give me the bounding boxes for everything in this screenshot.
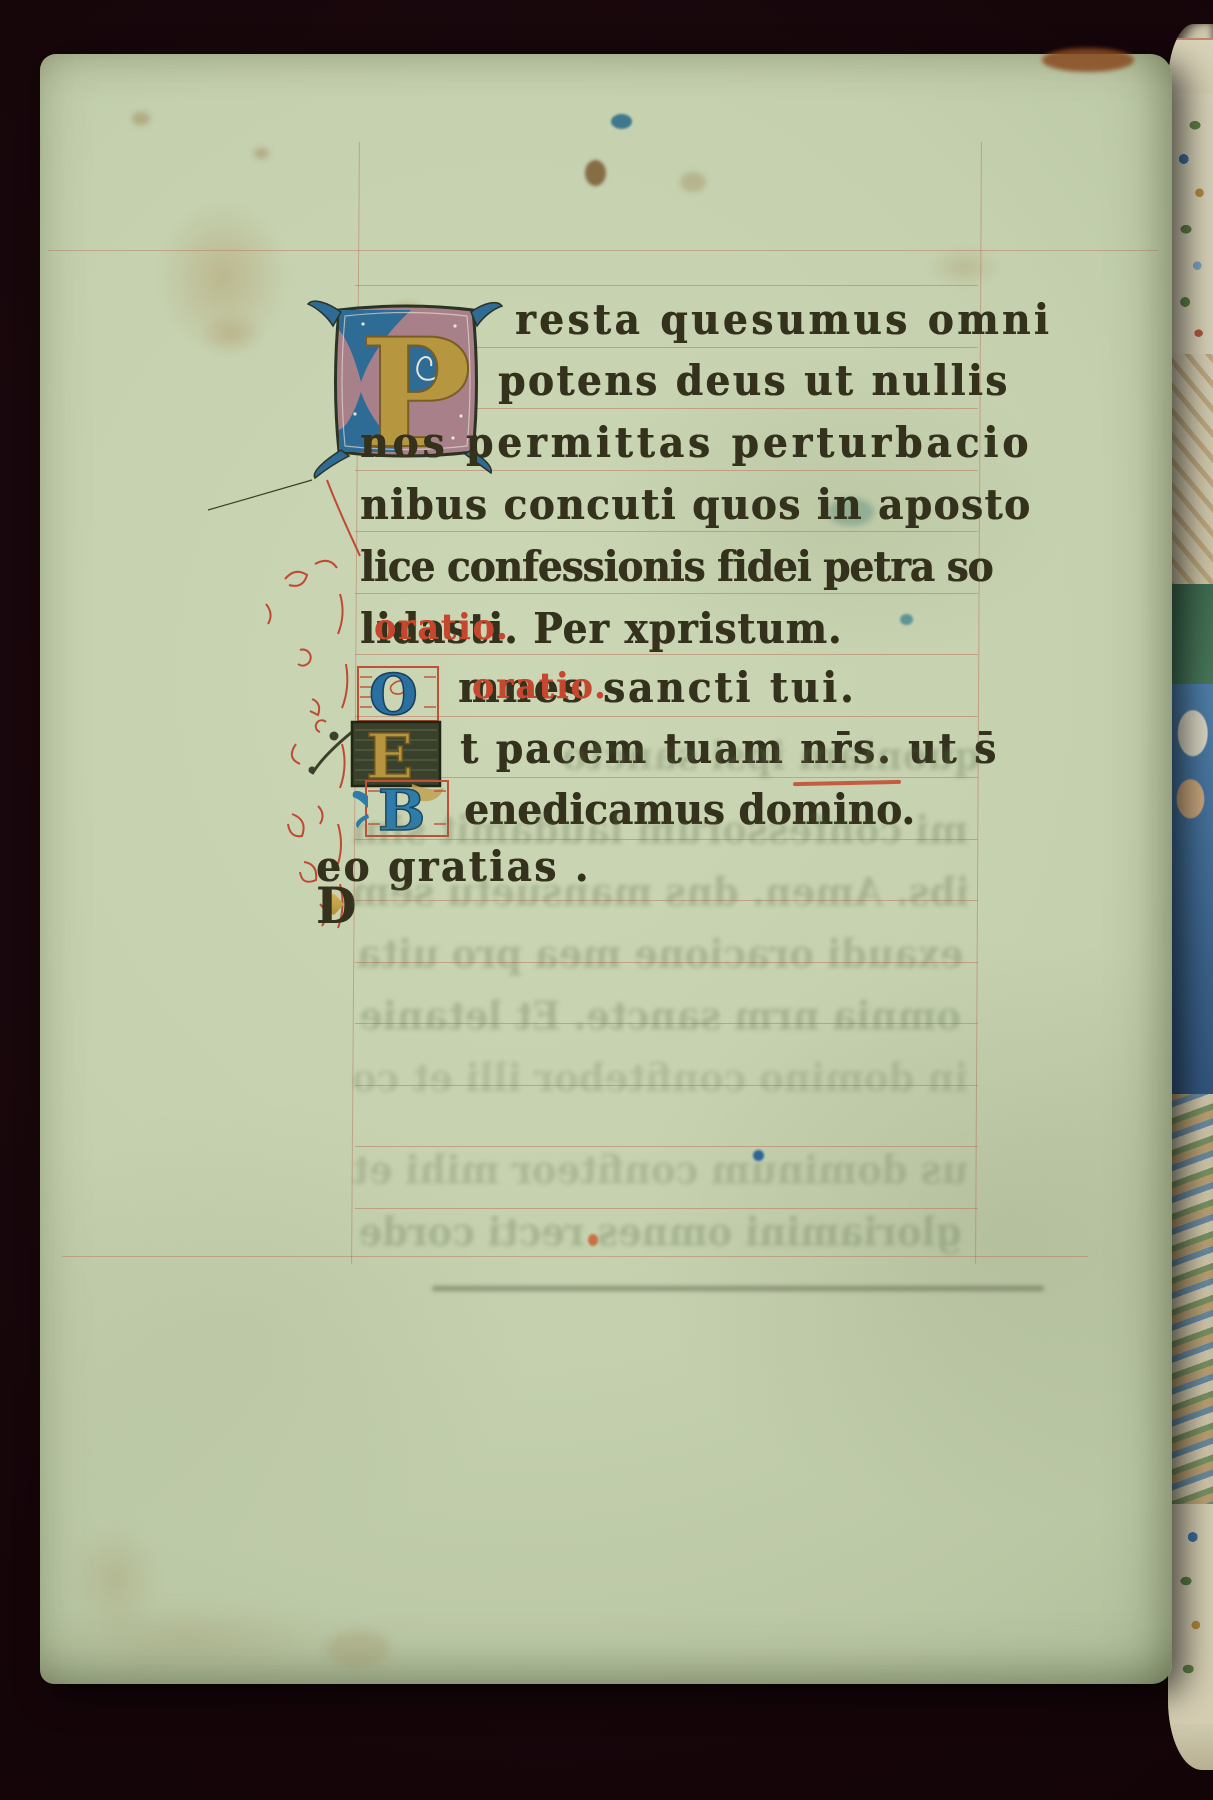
ruling-line [355, 531, 978, 532]
illumination-arch-fragment [1168, 354, 1213, 584]
ink-smudge-streak [432, 1286, 1044, 1291]
illumination-miniature-figure-fragment [1168, 684, 1213, 1094]
manuscript-page: P resta quesumus omni potens deus ut nul… [40, 54, 1172, 1684]
initial-corner-horn [471, 303, 502, 326]
show-through-line: gloriamini omnes recti corde [340, 1213, 980, 1252]
facing-page-margin [1168, 38, 1213, 96]
decorated-initial-O: O [355, 664, 441, 724]
pigment-spot [900, 614, 913, 625]
show-through-line: mi confessorum laudamit sim [340, 811, 980, 850]
initial-corner-horn [314, 450, 349, 478]
foxing-spot [132, 112, 150, 125]
rubric-oratio: oratio. [472, 668, 607, 703]
ruling-line [355, 716, 978, 717]
ruling-line [355, 654, 978, 655]
hairline-stroke [208, 480, 312, 510]
show-through-line: in domino confitebor illi et co [340, 1059, 980, 1098]
show-through-line: omnia nrm sancte. Et letanie [340, 997, 980, 1036]
rust-stain [1042, 48, 1134, 72]
show-through-line: exaudi oracione mea pro uita [340, 935, 980, 974]
photo-background: P resta quesumus omni potens deus ut nul… [0, 0, 1213, 1800]
rubric-oratio: oratio. [374, 609, 509, 644]
foxing-spot [254, 148, 269, 159]
ruling-line [62, 1256, 1088, 1257]
facing-page-bottom-edge [1168, 1724, 1213, 1770]
illumination-marbled-fragment [1168, 1094, 1213, 1504]
show-through-line: us dominum confiteor mihi et [340, 1151, 980, 1190]
foxing-stain [928, 246, 1000, 288]
illumination-floral-border-bottom [1168, 1504, 1213, 1724]
blue-ink-spot [611, 114, 632, 129]
ink-spot [585, 160, 606, 186]
ruling-line [355, 285, 978, 286]
facing-page-edge [1168, 24, 1213, 1770]
foxing-spot [680, 172, 706, 192]
foxing-stain [198, 312, 264, 356]
dark-flourish [309, 732, 353, 775]
ruling-line [355, 593, 978, 594]
illumination-green-fragment [1168, 584, 1213, 684]
show-through-line: quoniam ipsi sancto [600, 737, 980, 776]
initial-corner-horn [308, 301, 341, 326]
show-through-line: ibs. Amen. dns mansuetu sem [340, 873, 980, 912]
illumination-floral-border-top [1168, 94, 1213, 354]
edge-browning [40, 1602, 340, 1674]
